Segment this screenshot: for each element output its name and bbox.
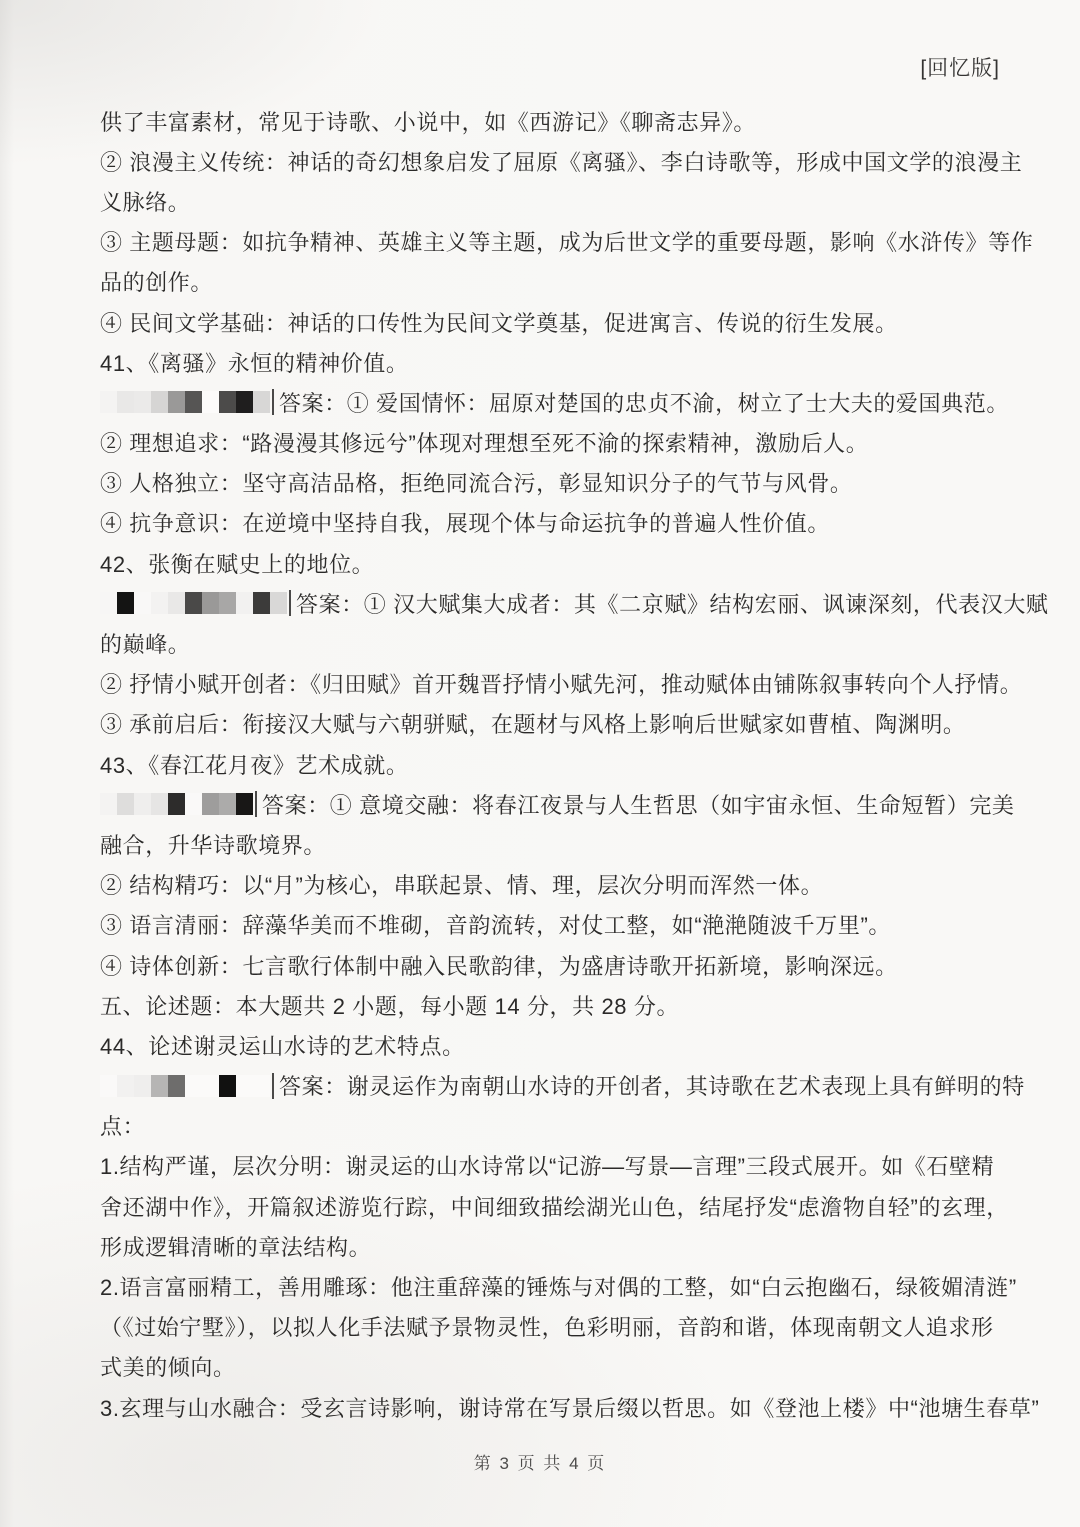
redaction-edge-bar bbox=[272, 389, 274, 415]
line-text: ③ 承前启后：衔接汉大赋与六朝骈赋，在题材与风格上影响后世赋家如曹植、陶渊明。 bbox=[100, 708, 966, 739]
redaction-pixel bbox=[270, 592, 287, 614]
text-line: 的巅峰。 bbox=[100, 623, 1040, 663]
text-line: 42、张衡在赋史上的地位。 bbox=[100, 543, 1040, 583]
redaction-pixel bbox=[202, 592, 219, 614]
text-line: 答案：① 意境交融：将春江夜景与人生哲思（如宇宙永恒、生命短暂）完美 bbox=[100, 784, 1040, 824]
line-text: 答案：谢灵运作为南朝山水诗的开创者，其诗歌在艺术表现上具有鲜明的特 bbox=[279, 1070, 1025, 1101]
document-body: 供了丰富素材，常见于诗歌、小说中，如《西游记》《聊斋志异》。② 浪漫主义传统：神… bbox=[100, 101, 1040, 1427]
redaction-pixel bbox=[134, 793, 151, 815]
text-line: ② 浪漫主义传统：神话的奇幻想象启发了屈原《离骚》、李白诗歌等，形成中国文学的浪… bbox=[100, 141, 1040, 181]
text-line: ④ 民间文学基础：神话的口传性为民间文学奠基，促进寓言、传说的衍生发展。 bbox=[100, 302, 1040, 342]
redaction-pixel bbox=[168, 793, 185, 815]
redaction-pixel bbox=[168, 592, 185, 614]
redaction-edge-bar bbox=[272, 1073, 274, 1099]
line-text: ④ 诗体创新：七言歌行体制中融入民歌韵律，为盛唐诗歌开拓新境，影响深远。 bbox=[100, 950, 898, 981]
text-line: ③ 语言清丽：辞藻华美而不堆砌，音韵流转，对仗工整，如“滟滟随波千万里”。 bbox=[100, 905, 1040, 945]
line-text: ④ 民间文学基础：神话的口传性为民间文学奠基，促进寓言、传说的衍生发展。 bbox=[100, 307, 898, 338]
text-line: 3.玄理与山水融合：受玄言诗影响，谢诗常在写景后缀以哲思。如《登池上楼》中“池塘… bbox=[100, 1387, 1040, 1427]
text-line: ④ 诗体创新：七言歌行体制中融入民歌韵律，为盛唐诗歌开拓新境，影响深远。 bbox=[100, 945, 1040, 985]
text-line: ② 理想追求：“路漫漫其修远兮”体现对理想至死不渝的探索精神，激励后人。 bbox=[100, 423, 1040, 463]
text-line: 式美的倾向。 bbox=[100, 1347, 1040, 1387]
redaction-pixel bbox=[134, 1075, 151, 1097]
line-text: 舍还湖中作》，开篇叙述游览行踪，中间细致描绘湖光山色，结尾抒发“虑澹物自轻”的玄… bbox=[100, 1191, 1009, 1222]
redaction-pixel bbox=[168, 391, 185, 413]
text-line: 义脉络。 bbox=[100, 181, 1040, 221]
redaction-pixel bbox=[134, 592, 151, 614]
text-line: 融合，升华诗歌境界。 bbox=[100, 824, 1040, 864]
redaction-pixel bbox=[100, 793, 117, 815]
text-line: 答案：① 爱国情怀：屈原对楚国的忠贞不渝，树立了士大夫的爱国典范。 bbox=[100, 382, 1040, 422]
redaction-mosaic bbox=[100, 792, 257, 816]
line-text: 形成逻辑清晰的章法结构。 bbox=[100, 1231, 371, 1262]
redaction-pixel bbox=[202, 391, 219, 413]
line-text: ② 抒情小赋开创者：《归田赋》首开魏晋抒情小赋先河，推动赋体由铺陈叙事转向个人抒… bbox=[100, 668, 1022, 699]
line-text: ③ 人格独立：坚守高洁品格，拒绝同流合污，彰显知识分子的气节与风骨。 bbox=[100, 467, 853, 498]
redaction-pixel bbox=[100, 592, 117, 614]
text-line: 形成逻辑清晰的章法结构。 bbox=[100, 1226, 1040, 1266]
redaction-mosaic bbox=[100, 390, 274, 414]
text-line: 答案：① 汉大赋集大成者：其《二京赋》结构宏丽、讽谏深刻，代表汉大赋 bbox=[100, 583, 1040, 623]
line-text: 点： bbox=[100, 1110, 145, 1141]
redaction-pixel bbox=[117, 592, 134, 614]
line-text: ② 结构精巧：以“月”为核心，串联起景、情、理，层次分明而浑然一体。 bbox=[100, 869, 823, 900]
redaction-pixel bbox=[151, 391, 168, 413]
redaction-pixel bbox=[151, 592, 168, 614]
line-text: 答案：① 爱国情怀：屈原对楚国的忠贞不渝，树立了士大夫的爱国典范。 bbox=[279, 387, 1009, 418]
text-line: ④ 抗争意识：在逆境中坚持自我，展现个体与命运抗争的普遍人性价值。 bbox=[100, 503, 1040, 543]
redaction-pixel bbox=[253, 592, 270, 614]
text-line: ③ 承前启后：衔接汉大赋与六朝骈赋，在题材与风格上影响后世赋家如曹植、陶渊明。 bbox=[100, 704, 1040, 744]
line-text: 43、《春江花月夜》艺术成就。 bbox=[100, 749, 408, 780]
text-line: 41、《离骚》永恒的精神价值。 bbox=[100, 342, 1040, 382]
line-text: ② 浪漫主义传统：神话的奇幻想象启发了屈原《离骚》、李白诗歌等，形成中国文学的浪… bbox=[100, 146, 1022, 177]
text-line: 答案：谢灵运作为南朝山水诗的开创者，其诗歌在艺术表现上具有鲜明的特 bbox=[100, 1066, 1040, 1106]
line-text: 式美的倾向。 bbox=[100, 1351, 236, 1382]
line-text: 41、《离骚》永恒的精神价值。 bbox=[100, 347, 408, 378]
text-line: ② 抒情小赋开创者：《归田赋》首开魏晋抒情小赋先河，推动赋体由铺陈叙事转向个人抒… bbox=[100, 664, 1040, 704]
redaction-pixel bbox=[134, 391, 151, 413]
line-text: 义脉络。 bbox=[100, 186, 190, 217]
line-text: 品的创作。 bbox=[100, 266, 213, 297]
redaction-pixel bbox=[168, 1075, 185, 1097]
document-page: [回忆版] 供了丰富素材，常见于诗歌、小说中，如《西游记》《聊斋志异》。② 浪漫… bbox=[0, 0, 1080, 1527]
redaction-pixel bbox=[219, 1075, 236, 1097]
redaction-pixel bbox=[117, 1075, 134, 1097]
text-line: 五、论述题：本大题共 2 小题，每小题 14 分，共 28 分。 bbox=[100, 985, 1040, 1025]
redaction-pixel bbox=[100, 391, 117, 413]
text-line: 2.语言富丽精工，善用雕琢：他注重辞藻的锤炼与对偶的工整，如“白云抱幽石，绿筱媚… bbox=[100, 1266, 1040, 1306]
redaction-pixel bbox=[236, 793, 253, 815]
text-line: 舍还湖中作》，开篇叙述游览行踪，中间细致描绘湖光山色，结尾抒发“虑澹物自轻”的玄… bbox=[100, 1186, 1040, 1226]
line-text: ② 理想追求：“路漫漫其修远兮”体现对理想至死不渝的探索精神，激励后人。 bbox=[100, 427, 868, 458]
redaction-edge-bar bbox=[289, 590, 291, 616]
redaction-pixel bbox=[185, 1075, 202, 1097]
redaction-pixel bbox=[185, 793, 202, 815]
page-number-footer: 第 3 页 共 4 页 bbox=[0, 1449, 1080, 1474]
text-line: 点： bbox=[100, 1106, 1040, 1146]
redaction-pixel bbox=[151, 1075, 168, 1097]
text-line: ③ 主题母题：如抗争精神、英雄主义等主题，成为后世文学的重要母题，影响《水浒传》… bbox=[100, 222, 1040, 262]
redaction-pixel bbox=[202, 1075, 219, 1097]
redaction-pixel bbox=[236, 592, 253, 614]
line-text: 答案：① 汉大赋集大成者：其《二京赋》结构宏丽、讽谏深刻，代表汉大赋 bbox=[296, 588, 1049, 619]
line-text: 44、论述谢灵运山水诗的艺术特点。 bbox=[100, 1030, 465, 1061]
text-line: ② 结构精巧：以“月”为核心，串联起景、情、理，层次分明而浑然一体。 bbox=[100, 865, 1040, 905]
line-text: （《过始宁墅》），以拟人化手法赋予景物灵性，色彩明丽，音韵和谐，体现南朝文人追求… bbox=[100, 1311, 994, 1342]
line-text: 供了丰富素材，常见于诗歌、小说中，如《西游记》《聊斋志异》。 bbox=[100, 106, 756, 137]
line-text: 五、论述题：本大题共 2 小题，每小题 14 分，共 28 分。 bbox=[100, 990, 679, 1021]
redaction-mosaic bbox=[100, 591, 291, 615]
redaction-edge-bar bbox=[255, 791, 257, 817]
redaction-pixel bbox=[236, 1075, 253, 1097]
redaction-pixel bbox=[253, 391, 270, 413]
text-line: （《过始宁墅》），以拟人化手法赋予景物灵性，色彩明丽，音韵和谐，体现南朝文人追求… bbox=[100, 1307, 1040, 1347]
line-text: 的巅峰。 bbox=[100, 628, 190, 659]
redaction-pixel bbox=[219, 592, 236, 614]
line-text: 2.语言富丽精工，善用雕琢：他注重辞藻的锤炼与对偶的工整，如“白云抱幽石，绿筱媚… bbox=[100, 1271, 1017, 1302]
line-text: 3.玄理与山水融合：受玄言诗影响，谢诗常在写景后缀以哲思。如《登池上楼》中“池塘… bbox=[100, 1392, 1039, 1423]
redaction-pixel bbox=[219, 793, 236, 815]
line-text: 42、张衡在赋史上的地位。 bbox=[100, 548, 374, 579]
line-text: ③ 主题母题：如抗争精神、英雄主义等主题，成为后世文学的重要母题，影响《水浒传》… bbox=[100, 226, 1033, 257]
line-text: 答案：① 意境交融：将春江夜景与人生哲思（如宇宙永恒、生命短暂）完美 bbox=[262, 789, 1015, 820]
edition-tag: [回忆版] bbox=[920, 52, 1000, 82]
text-line: 品的创作。 bbox=[100, 262, 1040, 302]
redaction-pixel bbox=[219, 391, 236, 413]
line-text: 1.结构严谨，层次分明：谢灵运的山水诗常以“记游—写景—言理”三段式展开。如《石… bbox=[100, 1150, 994, 1181]
line-text: ③ 语言清丽：辞藻华美而不堆砌，音韵流转，对仗工整，如“滟滟随波千万里”。 bbox=[100, 909, 891, 940]
line-text: 融合，升华诗歌境界。 bbox=[100, 829, 326, 860]
text-line: 供了丰富素材，常见于诗歌、小说中，如《西游记》《聊斋志异》。 bbox=[100, 101, 1040, 141]
text-line: 44、论述谢灵运山水诗的艺术特点。 bbox=[100, 1025, 1040, 1065]
redaction-pixel bbox=[100, 1075, 117, 1097]
redaction-mosaic bbox=[100, 1074, 274, 1098]
redaction-pixel bbox=[253, 1075, 270, 1097]
redaction-pixel bbox=[151, 793, 168, 815]
text-line: ③ 人格独立：坚守高洁品格，拒绝同流合污，彰显知识分子的气节与风骨。 bbox=[100, 463, 1040, 503]
redaction-pixel bbox=[117, 391, 134, 413]
text-line: 43、《春江花月夜》艺术成就。 bbox=[100, 744, 1040, 784]
redaction-pixel bbox=[117, 793, 134, 815]
line-text: ④ 抗争意识：在逆境中坚持自我，展现个体与命运抗争的普遍人性价值。 bbox=[100, 507, 830, 538]
redaction-pixel bbox=[236, 391, 253, 413]
redaction-pixel bbox=[202, 793, 219, 815]
redaction-pixel bbox=[185, 391, 202, 413]
redaction-pixel bbox=[185, 592, 202, 614]
text-line: 1.结构严谨，层次分明：谢灵运的山水诗常以“记游—写景—言理”三段式展开。如《石… bbox=[100, 1146, 1040, 1186]
